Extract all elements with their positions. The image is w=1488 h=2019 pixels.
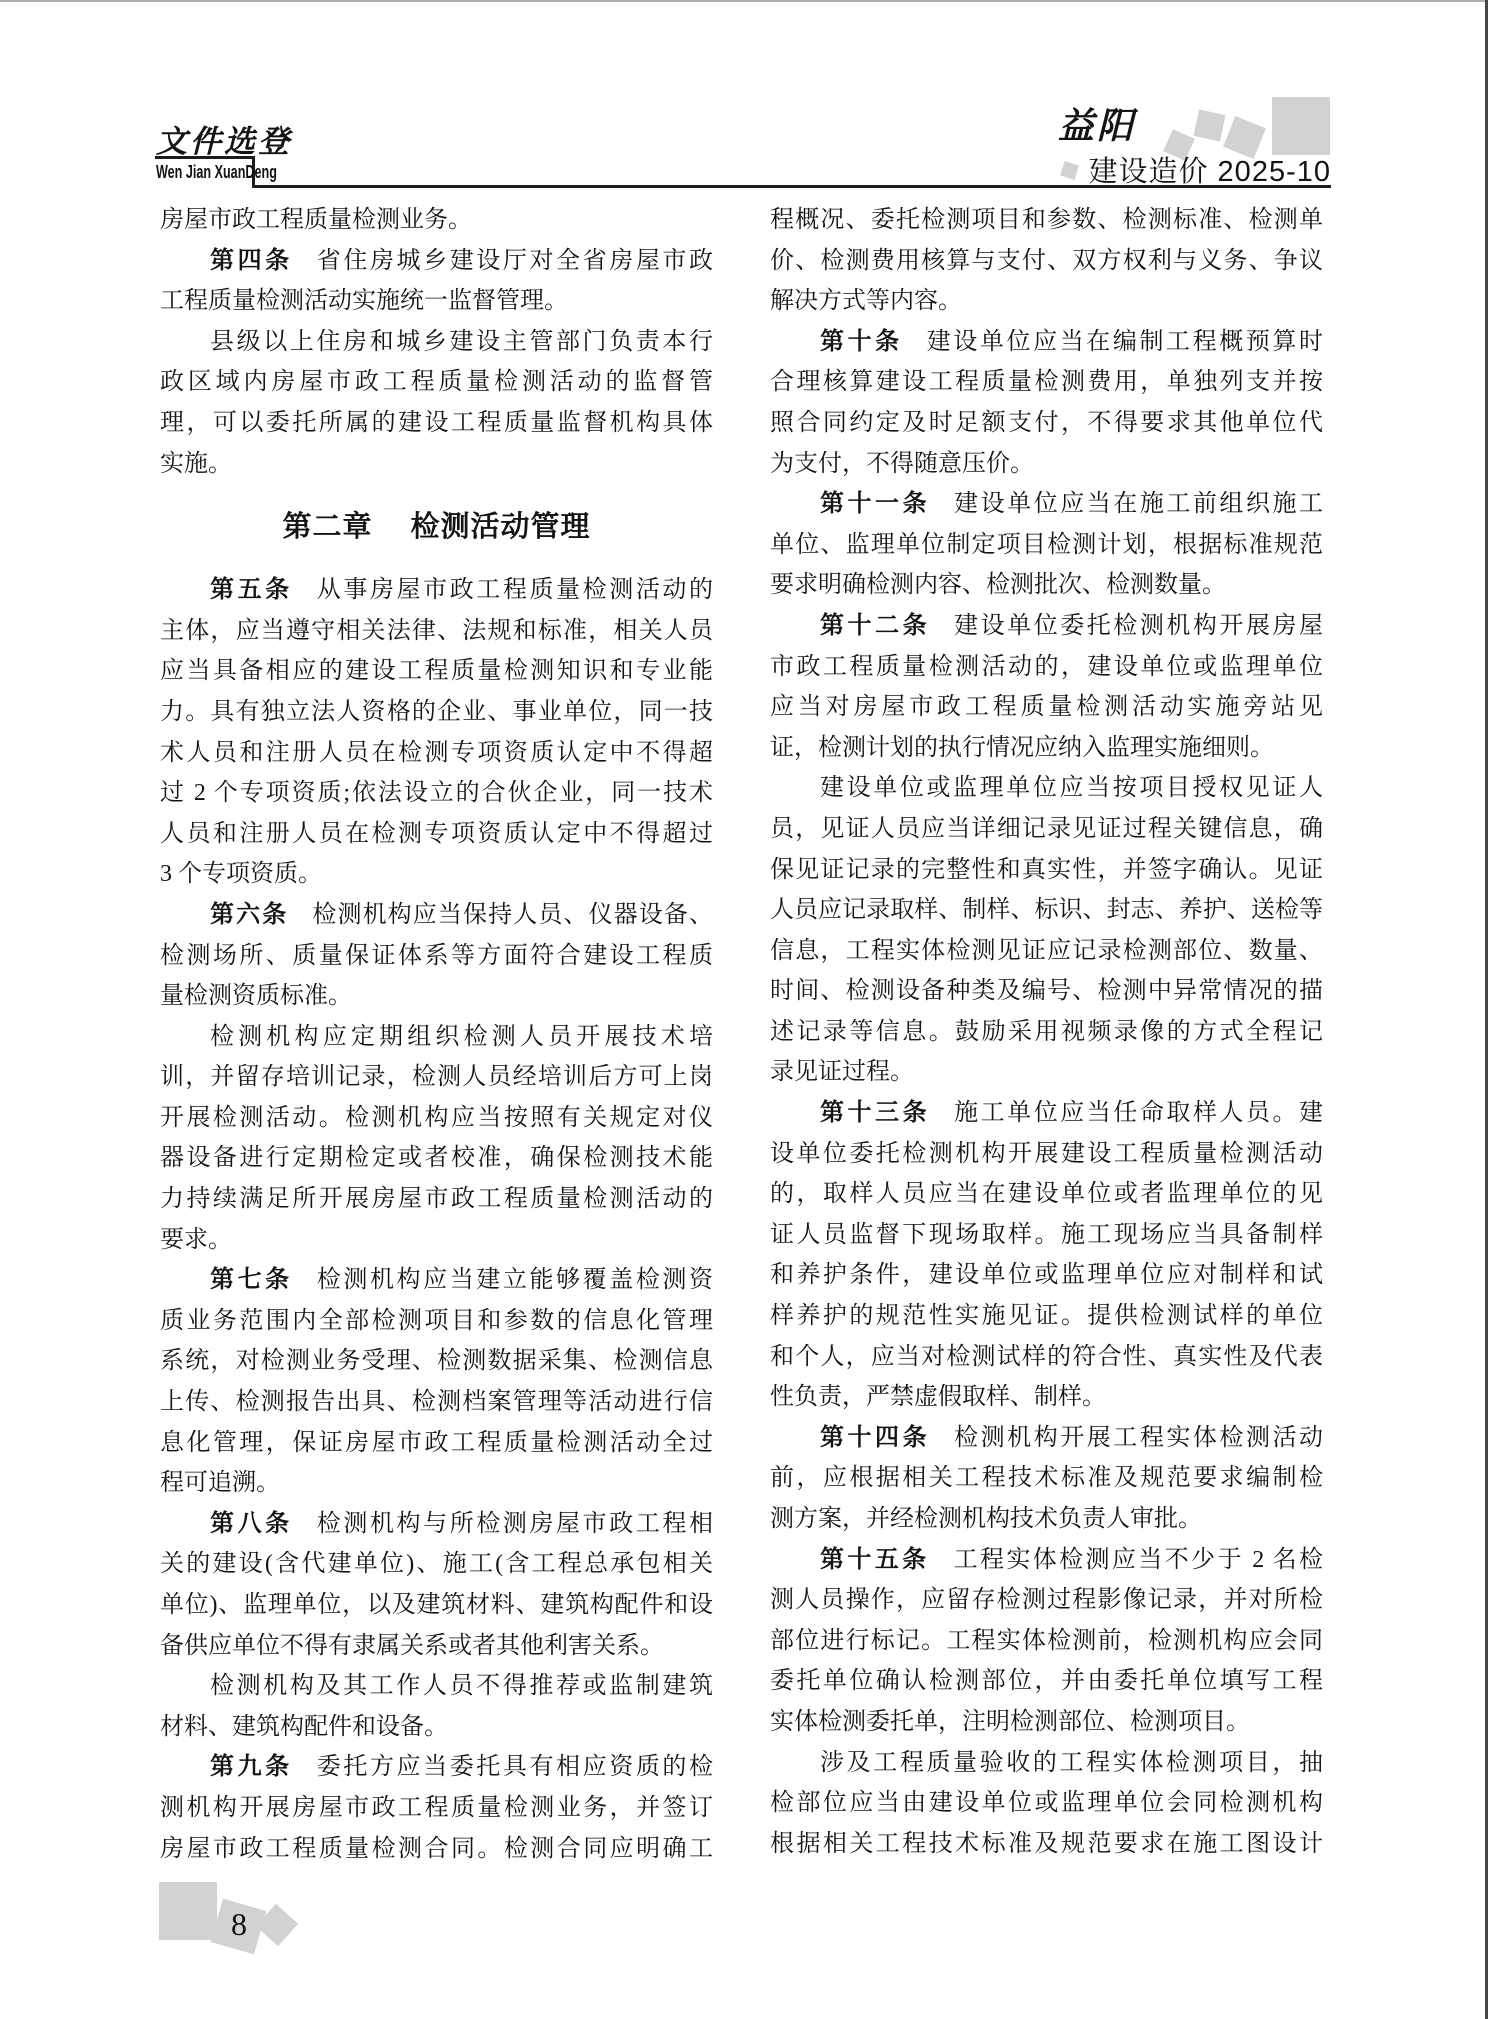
text-line: 建设单位或监理单位应当按项目授权见证人: [770, 768, 1323, 809]
text-line: 录见证过程。: [770, 1052, 1323, 1093]
line-text: 委托方应当委托具有相应资质的检: [317, 1754, 713, 1780]
text-line: 力。具有独立法人资格的企业、事业单位，同一技: [160, 692, 713, 733]
text-line: 材料、建筑构配件和设备。: [160, 1707, 713, 1748]
article-number: 第八条: [210, 1510, 293, 1537]
line-text: 为支付，不得随意压价。: [770, 451, 1034, 477]
line-text: 合理核算建设工程质量检测费用，单独列支并按: [770, 369, 1323, 395]
line-text: 实施。: [160, 451, 232, 477]
line-text: 检测机构应定期组织检测人员开展技术培: [210, 1024, 713, 1050]
text-line: 和养护条件，建设单位或监理单位应对制样和试: [770, 1255, 1323, 1296]
text-line: 根据相关工程技术标准及规范要求在施工图设计: [770, 1824, 1323, 1865]
line-text: 委托单位确认检测部位，并由委托单位填写工程: [770, 1668, 1323, 1694]
line-text: 建设单位应当在施工前组织施工: [954, 491, 1323, 517]
text-line: 量检测资质标准。: [160, 976, 713, 1017]
text-line: 程可追溯。: [160, 1463, 713, 1504]
text-line: 训，并留存培训记录，检测人员经培训后方可上岗: [160, 1057, 713, 1098]
line-text: 房屋市政工程质量检测业务。: [160, 207, 472, 233]
text-line: 系统，对检测业务受理、检测数据采集、检测信息: [160, 1341, 713, 1382]
line-text: 程可追溯。: [160, 1470, 280, 1496]
line-text: 部位进行标记。工程实体检测前，检测机构应会同: [770, 1628, 1323, 1654]
line-text: 检测机构与所检测房屋市政工程相: [317, 1511, 713, 1537]
line-text: 价、检测费用核算与支付、双方权利与义务、争议: [770, 248, 1323, 274]
text-line: 设单位委托检测机构开展建设工程质量检测活动: [770, 1134, 1323, 1175]
line-text: 根据相关工程技术标准及规范要求在施工图设计: [770, 1831, 1323, 1857]
text-line: 检测机构应定期组织检测人员开展技术培: [160, 1017, 713, 1058]
line-text: 备供应单位不得有隶属关系或者其他利害关系。: [160, 1633, 664, 1659]
line-text: 政区域内房屋市政工程质量检测活动的监督管: [160, 369, 713, 395]
line-text: 单位、监理单位制定项目检测计划，根据标准规范: [770, 532, 1323, 558]
line-text: 证，检测计划的执行情况应纳入监理实施细则。: [770, 735, 1274, 761]
article-number: 第十三条: [820, 1099, 930, 1126]
text-line: 实施。: [160, 444, 713, 485]
text-line: 信息，工程实体检测见证应记录检测部位、数量、: [770, 931, 1323, 972]
line-text: 检部位应当由建设单位或监理单位会同检测机构: [770, 1790, 1323, 1816]
article-number: 第十一条: [820, 490, 930, 517]
document-page: 文件选登 Wen Jian XuanDeng 益阳 建设造价 2025-10 房…: [0, 0, 1488, 2019]
text-line: 力持续满足所开展房屋市政工程质量检测活动的: [160, 1179, 713, 1220]
decor-square-icon: [1272, 97, 1330, 155]
text-line: 主体，应当遵守相关法律、法规和标准，相关人员: [160, 611, 713, 652]
text-line: 性负责，严禁虚假取样、制样。: [770, 1377, 1323, 1418]
text-line: 第四条省住房城乡建设厅对全省房屋市政: [160, 241, 713, 282]
line-text: 力持续满足所开展房屋市政工程质量检测活动的: [160, 1186, 713, 1212]
text-line: 房屋市政工程质量检测合同。检测合同应明确工: [160, 1829, 713, 1870]
line-text: 力。具有独立法人资格的企业、事业单位，同一技: [160, 699, 713, 725]
line-text: 县级以上住房和城乡建设主管部门负责本行: [210, 329, 713, 355]
text-line: 要求明确检测内容、检测批次、检测数量。: [770, 565, 1323, 606]
text-line: 委托单位确认检测部位，并由委托单位填写工程: [770, 1661, 1323, 1702]
text-line: 单位)、监理单位，以及建筑材料、建筑构配件和设: [160, 1585, 713, 1626]
line-text: 省住房城乡建设厅对全省房屋市政: [317, 248, 713, 274]
text-line: 备供应单位不得有隶属关系或者其他利害关系。: [160, 1626, 713, 1667]
text-line: 政区域内房屋市政工程质量检测活动的监督管: [160, 362, 713, 403]
text-line: 第十条建设单位应当在编制工程概预算时: [770, 322, 1323, 363]
line-text: 涉及工程质量验收的工程实体检测项目，抽: [820, 1750, 1323, 1776]
line-text: 录见证过程。: [770, 1059, 914, 1085]
line-text: 实体检测委托单，注明检测部位、检测项目。: [770, 1709, 1250, 1735]
line-text: 检测场所、质量保证体系等方面符合建设工程质: [160, 943, 713, 969]
line-text: 要求。: [160, 1227, 232, 1253]
text-line: 第十一条建设单位应当在施工前组织施工: [770, 484, 1323, 525]
line-text: 检测机构应当保持人员、仪器设备、: [312, 902, 713, 928]
line-text: 3 个专项资质。: [160, 861, 322, 887]
text-line: 市政工程质量检测活动的，建设单位或监理单位: [770, 647, 1323, 688]
article-number: 第五条: [210, 576, 293, 603]
line-text: 市政工程质量检测活动的，建设单位或监理单位: [770, 654, 1323, 680]
text-line: 质业务范围内全部检测项目和参数的信息化管理: [160, 1301, 713, 1342]
text-line: 程概况、委托检测项目和参数、检测标准、检测单: [770, 200, 1323, 241]
article-number: 第九条: [210, 1753, 293, 1780]
text-line: 检部位应当由建设单位或监理单位会同检测机构: [770, 1783, 1323, 1824]
text-line: 开展检测活动。检测机构应当按照有关规定对仪: [160, 1098, 713, 1139]
line-text: 述记录等信息。鼓励采用视频录像的方式全程记: [770, 1019, 1323, 1045]
line-text: 和个人，应当对检测试样的符合性、真实性及代表: [770, 1344, 1323, 1370]
text-line: 价、检测费用核算与支付、双方权利与义务、争议: [770, 241, 1323, 282]
text-line: 要求。: [160, 1220, 713, 1261]
line-text: 测人员操作，应留存检测过程影像记录，并对所检: [770, 1587, 1323, 1613]
text-line: 房屋市政工程质量检测业务。: [160, 200, 713, 241]
line-text: 单位)、监理单位，以及建筑材料、建筑构配件和设: [160, 1592, 713, 1618]
text-line: 时间、检测设备种类及编号、检测中异常情况的描: [770, 971, 1323, 1012]
line-text: 关的建设(含代建单位)、施工(含工程总承包相关: [160, 1551, 713, 1577]
scan-top-edge: [0, 0, 1488, 2]
chapter-number: 第二章: [282, 511, 372, 543]
text-line: 测方案，并经检测机构技术负责人审批。: [770, 1499, 1323, 1540]
article-number: 第七条: [210, 1266, 293, 1293]
line-text: 材料、建筑构配件和设备。: [160, 1714, 448, 1740]
text-line: 过 2 个专项资质;依法设立的合伙企业，同一技术: [160, 773, 713, 814]
line-text: 照合同约定及时足额支付，不得要求其他单位代: [770, 410, 1323, 436]
text-line: 测机构开展房屋市政工程质量检测业务，并签订: [160, 1788, 713, 1829]
line-text: 保见证记录的完整性和真实性，并签字确认。见证: [770, 857, 1323, 883]
text-line: 第十四条检测机构开展工程实体检测活动: [770, 1418, 1323, 1459]
line-text: 开展检测活动。检测机构应当按照有关规定对仪: [160, 1105, 713, 1131]
line-text: 人员应记录取样、制样、标识、封志、养护、送检等: [770, 897, 1323, 923]
line-text: 证人员监督下现场取样。施工现场应当具备制样: [770, 1222, 1323, 1248]
line-text: 建设单位应当在编制工程概预算时: [927, 329, 1323, 355]
line-text: 检测机构开展工程实体检测活动: [954, 1425, 1323, 1451]
line-text: 施工单位应当任命取样人员。建: [954, 1100, 1323, 1126]
line-text: 训，并留存培训记录，检测人员经培训后方可上岗: [160, 1064, 713, 1090]
line-text: 应当具备相应的建设工程质量检测知识和专业能: [160, 658, 713, 684]
text-line: 测人员操作，应留存检测过程影像记录，并对所检: [770, 1580, 1323, 1621]
section-title-pinyin: Wen Jian XuanDeng: [156, 162, 277, 183]
line-text: 建设单位或监理单位应当按项目授权见证人: [820, 775, 1323, 801]
text-line: 合理核算建设工程质量检测费用，单独列支并按: [770, 362, 1323, 403]
text-line: 应当对房屋市政工程质量检测活动实施旁站见: [770, 687, 1323, 728]
line-text: 理，可以委托所属的建设工程质量监督机构具体: [160, 410, 713, 436]
text-line: 第十五条工程实体检测应当不少于 2 名检: [770, 1540, 1323, 1581]
decor-square-icon: [159, 1882, 217, 1940]
line-text: 应当对房屋市政工程质量检测活动实施旁站见: [770, 694, 1323, 720]
text-line: 证人员监督下现场取样。施工现场应当具备制样: [770, 1215, 1323, 1256]
line-text: 测机构开展房屋市政工程质量检测业务，并签订: [160, 1795, 713, 1821]
text-line: 为支付，不得随意压价。: [770, 444, 1323, 485]
text-line: 第五条从事房屋市政工程质量检测活动的: [160, 570, 713, 611]
text-line: 实体检测委托单，注明检测部位、检测项目。: [770, 1702, 1323, 1743]
text-line: 术人员和注册人员在检测专项资质认定中不得超: [160, 733, 713, 774]
text-line: 息化管理，保证房屋市政工程质量检测活动全过: [160, 1423, 713, 1464]
line-text: 息化管理，保证房屋市政工程质量检测活动全过: [160, 1430, 713, 1456]
article-number: 第六条: [210, 901, 288, 928]
article-number: 第十条: [820, 328, 903, 355]
text-line: 第七条检测机构应当建立能够覆盖检测资: [160, 1260, 713, 1301]
line-text: 解决方式等内容。: [770, 288, 962, 314]
line-text: 器设备进行定期检定或者校准，确保检测技术能: [160, 1145, 713, 1171]
line-text: 人员和注册人员在检测专项资质认定中不得超过: [160, 821, 713, 847]
journal-issue: 建设造价 2025-10: [900, 149, 1331, 190]
text-line: 应当具备相应的建设工程质量检测知识和专业能: [160, 651, 713, 692]
text-line: 样养护的规范性实施见证。提供检测试样的单位: [770, 1296, 1323, 1337]
text-line: 涉及工程质量验收的工程实体检测项目，抽: [770, 1743, 1323, 1784]
line-text: 测方案，并经检测机构技术负责人审批。: [770, 1506, 1202, 1532]
line-text: 系统，对检测业务受理、检测数据采集、检测信息: [160, 1348, 713, 1374]
text-line: 检测机构及其工作人员不得推荐或监制建筑: [160, 1666, 713, 1707]
text-line: 和个人，应当对检测试样的符合性、真实性及代表: [770, 1337, 1323, 1378]
text-line: 工程质量检测活动实施统一监督管理。: [160, 281, 713, 322]
line-text: 程概况、委托检测项目和参数、检测标准、检测单: [770, 207, 1323, 233]
text-line: 3 个专项资质。: [160, 854, 713, 895]
line-text: 质业务范围内全部检测项目和参数的信息化管理: [160, 1308, 713, 1334]
line-text: 从事房屋市政工程质量检测活动的: [317, 577, 713, 603]
article-number: 第十四条: [820, 1424, 930, 1451]
text-line: 前，应根据相关工程技术标准及规范要求编制检: [770, 1458, 1323, 1499]
text-line: 员，见证人员应当详细记录见证过程关键信息，确: [770, 809, 1323, 850]
line-text: 时间、检测设备种类及编号、检测中异常情况的描: [770, 978, 1323, 1004]
text-line: 第八条检测机构与所检测房屋市政工程相: [160, 1504, 713, 1545]
text-line: 单位、监理单位制定项目检测计划，根据标准规范: [770, 525, 1323, 566]
line-text: 要求明确检测内容、检测批次、检测数量。: [770, 572, 1226, 598]
line-text: 过 2 个专项资质;依法设立的合伙企业，同一技术: [160, 780, 713, 806]
line-text: 信息，工程实体检测见证应记录检测部位、数量、: [770, 938, 1323, 964]
text-line: 第十二条建设单位委托检测机构开展房屋: [770, 606, 1323, 647]
text-line: 证，检测计划的执行情况应纳入监理实施细则。: [770, 728, 1323, 769]
line-text: 检测机构及其工作人员不得推荐或监制建筑: [210, 1673, 713, 1699]
line-text: 员，见证人员应当详细记录见证过程关键信息，确: [770, 816, 1323, 842]
city-calligraphy: 益阳: [1058, 98, 1136, 149]
line-text: 建设单位委托检测机构开展房屋: [954, 613, 1323, 639]
text-line: 上传、检测报告出具、检测档案管理等活动进行信: [160, 1382, 713, 1423]
text-line: 县级以上住房和城乡建设主管部门负责本行: [160, 322, 713, 363]
line-text: 房屋市政工程质量检测合同。检测合同应明确工: [160, 1836, 713, 1862]
text-line: 第十三条施工单位应当任命取样人员。建: [770, 1093, 1323, 1134]
text-line: 理，可以委托所属的建设工程质量监督机构具体: [160, 403, 713, 444]
chapter-title: 检测活动管理: [411, 511, 591, 543]
text-line: 检测场所、质量保证体系等方面符合建设工程质: [160, 936, 713, 977]
left-column: 房屋市政工程质量检测业务。第四条省住房城乡建设厅对全省房屋市政工程质量检测活动实…: [160, 200, 713, 1869]
page-number: 8: [226, 1903, 252, 1945]
line-text: 工程实体检测应当不少于 2 名检: [954, 1547, 1323, 1573]
text-line: 保见证记录的完整性和真实性，并签字确认。见证: [770, 850, 1323, 891]
text-line: 第六条检测机构应当保持人员、仪器设备、: [160, 895, 713, 936]
masthead-rule-short: [155, 156, 255, 159]
line-text: 主体，应当遵守相关法律、法规和标准，相关人员: [160, 618, 713, 644]
line-text: 性负责，严禁虚假取样、制样。: [770, 1384, 1106, 1410]
line-text: 设单位委托检测机构开展建设工程质量检测活动: [770, 1141, 1323, 1167]
line-text: 的，取样人员应当在建设单位或者监理单位的见: [770, 1181, 1323, 1207]
line-text: 和养护条件，建设单位或监理单位应对制样和试: [770, 1262, 1323, 1288]
article-number: 第四条: [210, 247, 293, 274]
text-line: 解决方式等内容。: [770, 281, 1323, 322]
text-line: 人员和注册人员在检测专项资质认定中不得超过: [160, 814, 713, 855]
text-line: 第九条委托方应当委托具有相应资质的检: [160, 1747, 713, 1788]
text-line: 部位进行标记。工程实体检测前，检测机构应会同: [770, 1621, 1323, 1662]
text-line: 人员应记录取样、制样、标识、封志、养护、送检等: [770, 890, 1323, 931]
chapter-heading: 第二章检测活动管理: [160, 484, 713, 570]
text-line: 述记录等信息。鼓励采用视频录像的方式全程记: [770, 1012, 1323, 1053]
line-text: 样养护的规范性实施见证。提供检测试样的单位: [770, 1303, 1323, 1329]
article-number: 第十五条: [820, 1546, 930, 1573]
line-text: 前，应根据相关工程技术标准及规范要求编制检: [770, 1465, 1323, 1491]
right-column: 程概况、委托检测项目和参数、检测标准、检测单价、检测费用核算与支付、双方权利与义…: [770, 200, 1323, 1864]
line-text: 上传、检测报告出具、检测档案管理等活动进行信: [160, 1389, 713, 1415]
article-number: 第十二条: [820, 612, 930, 639]
text-line: 关的建设(含代建单位)、施工(含工程总承包相关: [160, 1544, 713, 1585]
decor-square-icon: [1193, 109, 1225, 141]
text-line: 的，取样人员应当在建设单位或者监理单位的见: [770, 1174, 1323, 1215]
line-text: 检测机构应当建立能够覆盖检测资: [317, 1267, 713, 1293]
text-line: 照合同约定及时足额支付，不得要求其他单位代: [770, 403, 1323, 444]
section-title-calligraphy: 文件选登: [156, 116, 292, 161]
text-line: 器设备进行定期检定或者校准，确保检测技术能: [160, 1138, 713, 1179]
line-text: 量检测资质标准。: [160, 983, 352, 1009]
line-text: 工程质量检测活动实施统一监督管理。: [160, 288, 568, 314]
line-text: 术人员和注册人员在检测专项资质认定中不得超: [160, 740, 713, 766]
